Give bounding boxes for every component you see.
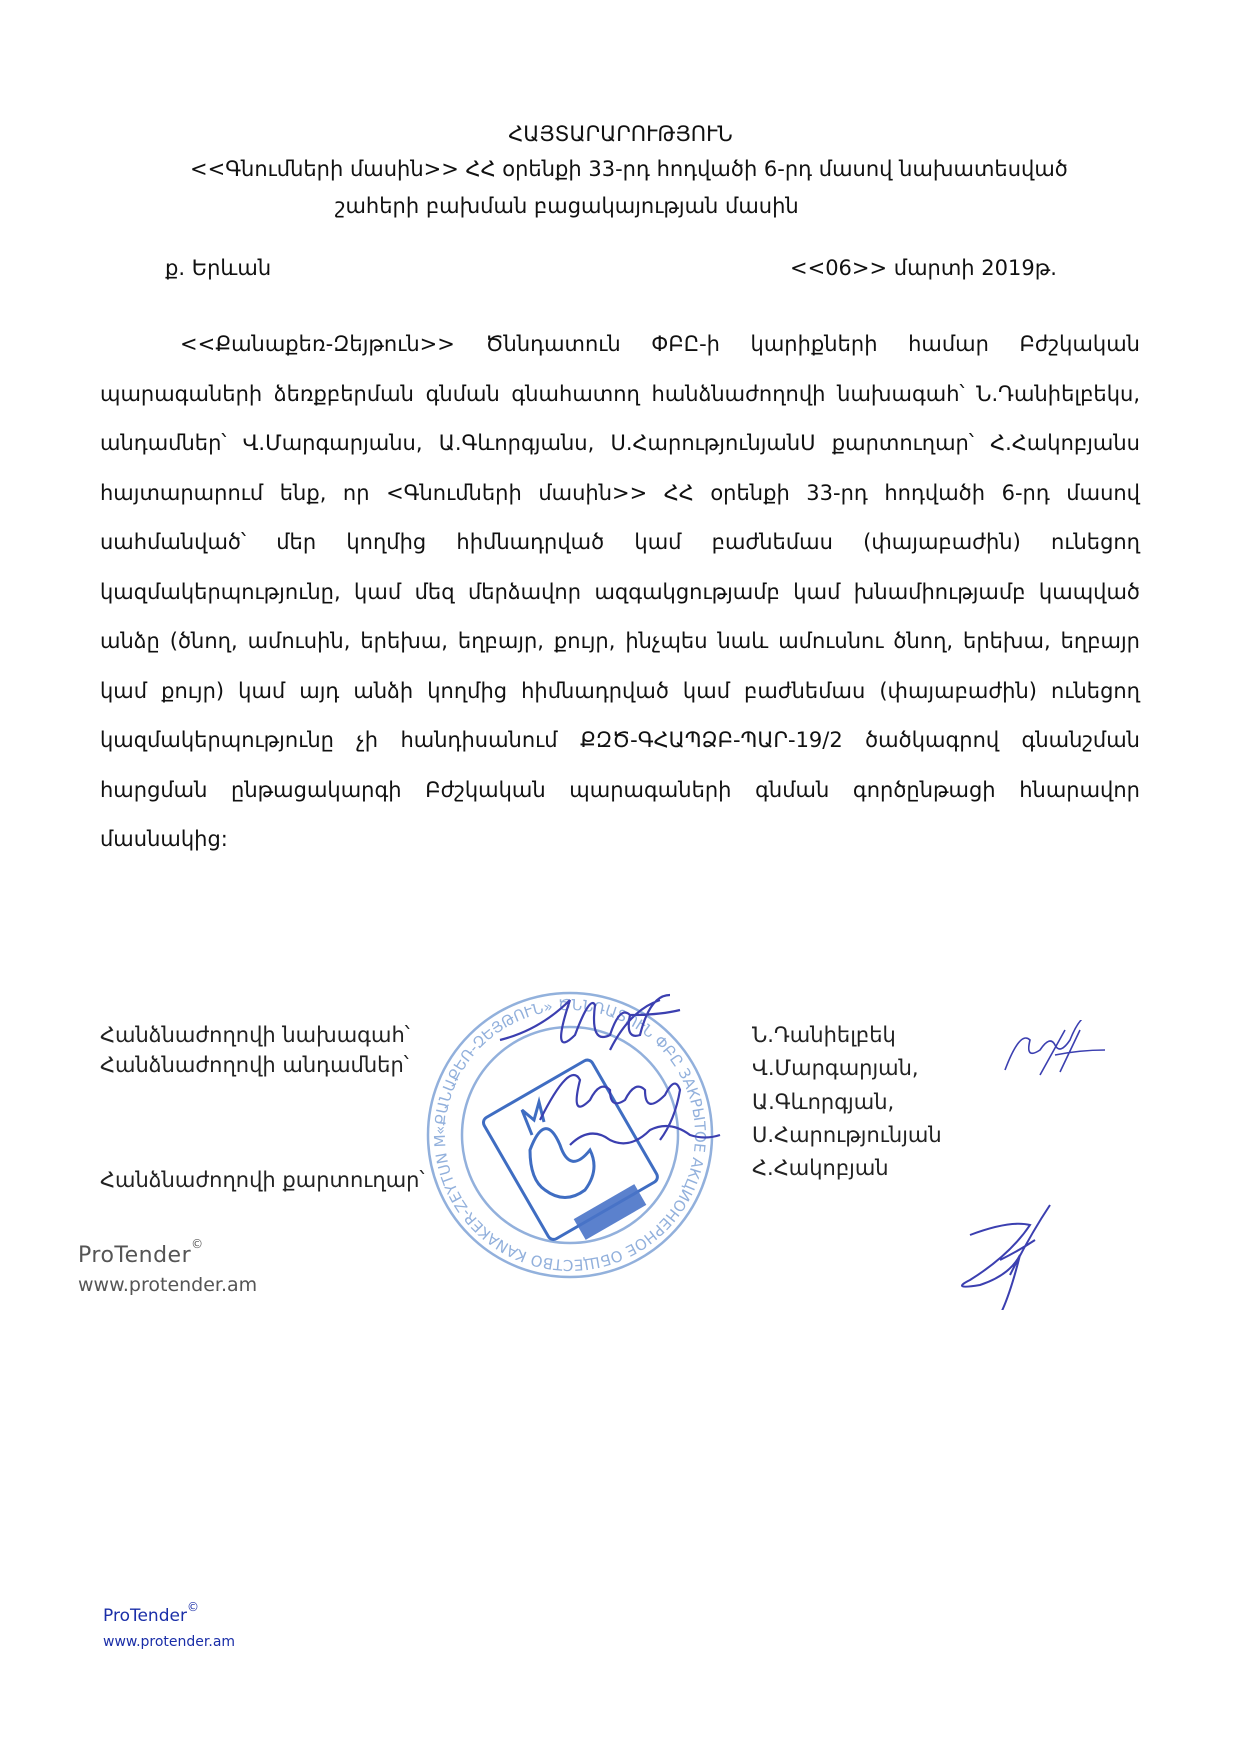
declaration-body: <<Քանաքեռ-Զեյթուն>> Ծննդատուն ՓԲԸ-ի կարի… [100, 320, 1140, 865]
label-secretary: Հանձնաժողովի քարտուղար՝ [100, 1165, 424, 1195]
document-subtitle-line1: <<Գնումների մասին>> ՀՀ օրենքի 33-րդ հոդվ… [190, 153, 1170, 185]
document-title: ՀԱՅՏԱՐԱՐՈՒԹՅՈՒՆ [0, 118, 1241, 150]
document-place: ք. Երևան [165, 256, 271, 280]
signature-members-icon [520, 1060, 740, 1160]
name-member-3: Ս.Հարությունյան [752, 1120, 942, 1150]
name-member-1: Վ.Մարգարյան, [752, 1053, 919, 1083]
signature-chairman-icon [490, 990, 690, 1060]
copyright-icon: © [191, 1237, 204, 1251]
label-members: Հանձնաժողովի անդամներ՝ [100, 1050, 409, 1080]
name-secretary: Հ.Հակոբյան [752, 1153, 889, 1183]
declaration-body-text: <<Քանաքեռ-Զեյթուն>> Ծննդատուն ՓԲԸ-ի կարի… [100, 332, 1140, 851]
watermark-brand: ProTender [78, 1243, 191, 1268]
signature-member2-icon [1000, 1020, 1110, 1080]
label-chairman: Հանձնաժողովի նախագահ՝ [100, 1020, 410, 1050]
document-date: <<06>> մարտի 2019թ. [790, 256, 1057, 280]
protender-watermark-footer: ProTender© www.protender.am [103, 1606, 235, 1650]
protender-watermark-scanned: ProTender© www.protender.am [78, 1243, 257, 1296]
name-chairman: Ն.Դանիելբեկ [752, 1020, 896, 1050]
watermark-url[interactable]: www.protender.am [103, 1634, 235, 1650]
signature-secretary-icon [940, 1200, 1070, 1310]
watermark-url: www.protender.am [78, 1274, 257, 1296]
watermark-brand: ProTender [103, 1606, 187, 1626]
copyright-icon: © [187, 1600, 199, 1614]
document-subtitle-line2: շահերի բախման բացակայության մասին [335, 190, 1035, 222]
name-member-2: Ա.Գևորգյան, [752, 1087, 894, 1117]
